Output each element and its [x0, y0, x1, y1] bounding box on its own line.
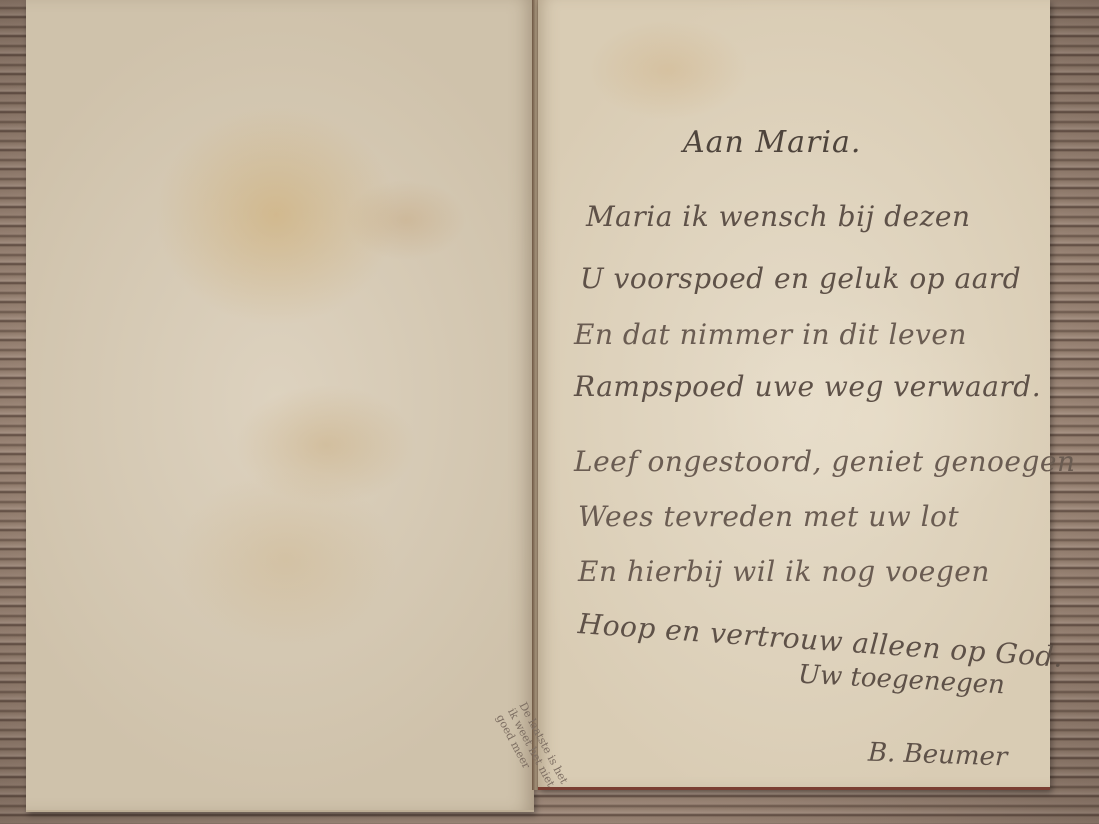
- signature: B. Beumer: [868, 738, 1008, 773]
- poem-line: En dat nimmer in dit leven: [574, 318, 967, 351]
- poem-line: Wees tevreden met uw lot: [578, 500, 959, 533]
- poem-line: En hierbij wil ik nog voegen: [578, 555, 990, 588]
- poem-title: Aan Maria.: [683, 125, 861, 160]
- poem-line: Rampspoed uwe weg verwaard.: [574, 370, 1041, 403]
- poem-line: Maria ik wensch bij dezen: [586, 200, 970, 233]
- right-page-poem: Aan Maria. Maria ik wensch bij dezen U v…: [538, 0, 1050, 790]
- poem-line: Leef ongestoord, geniet genoegen: [574, 445, 1076, 478]
- open-book: Aan Maria. Maria ik wensch bij dezen U v…: [22, 0, 1052, 824]
- poem-line: U voorspoed en geluk op aard: [580, 262, 1021, 295]
- left-page-blank: [26, 0, 534, 812]
